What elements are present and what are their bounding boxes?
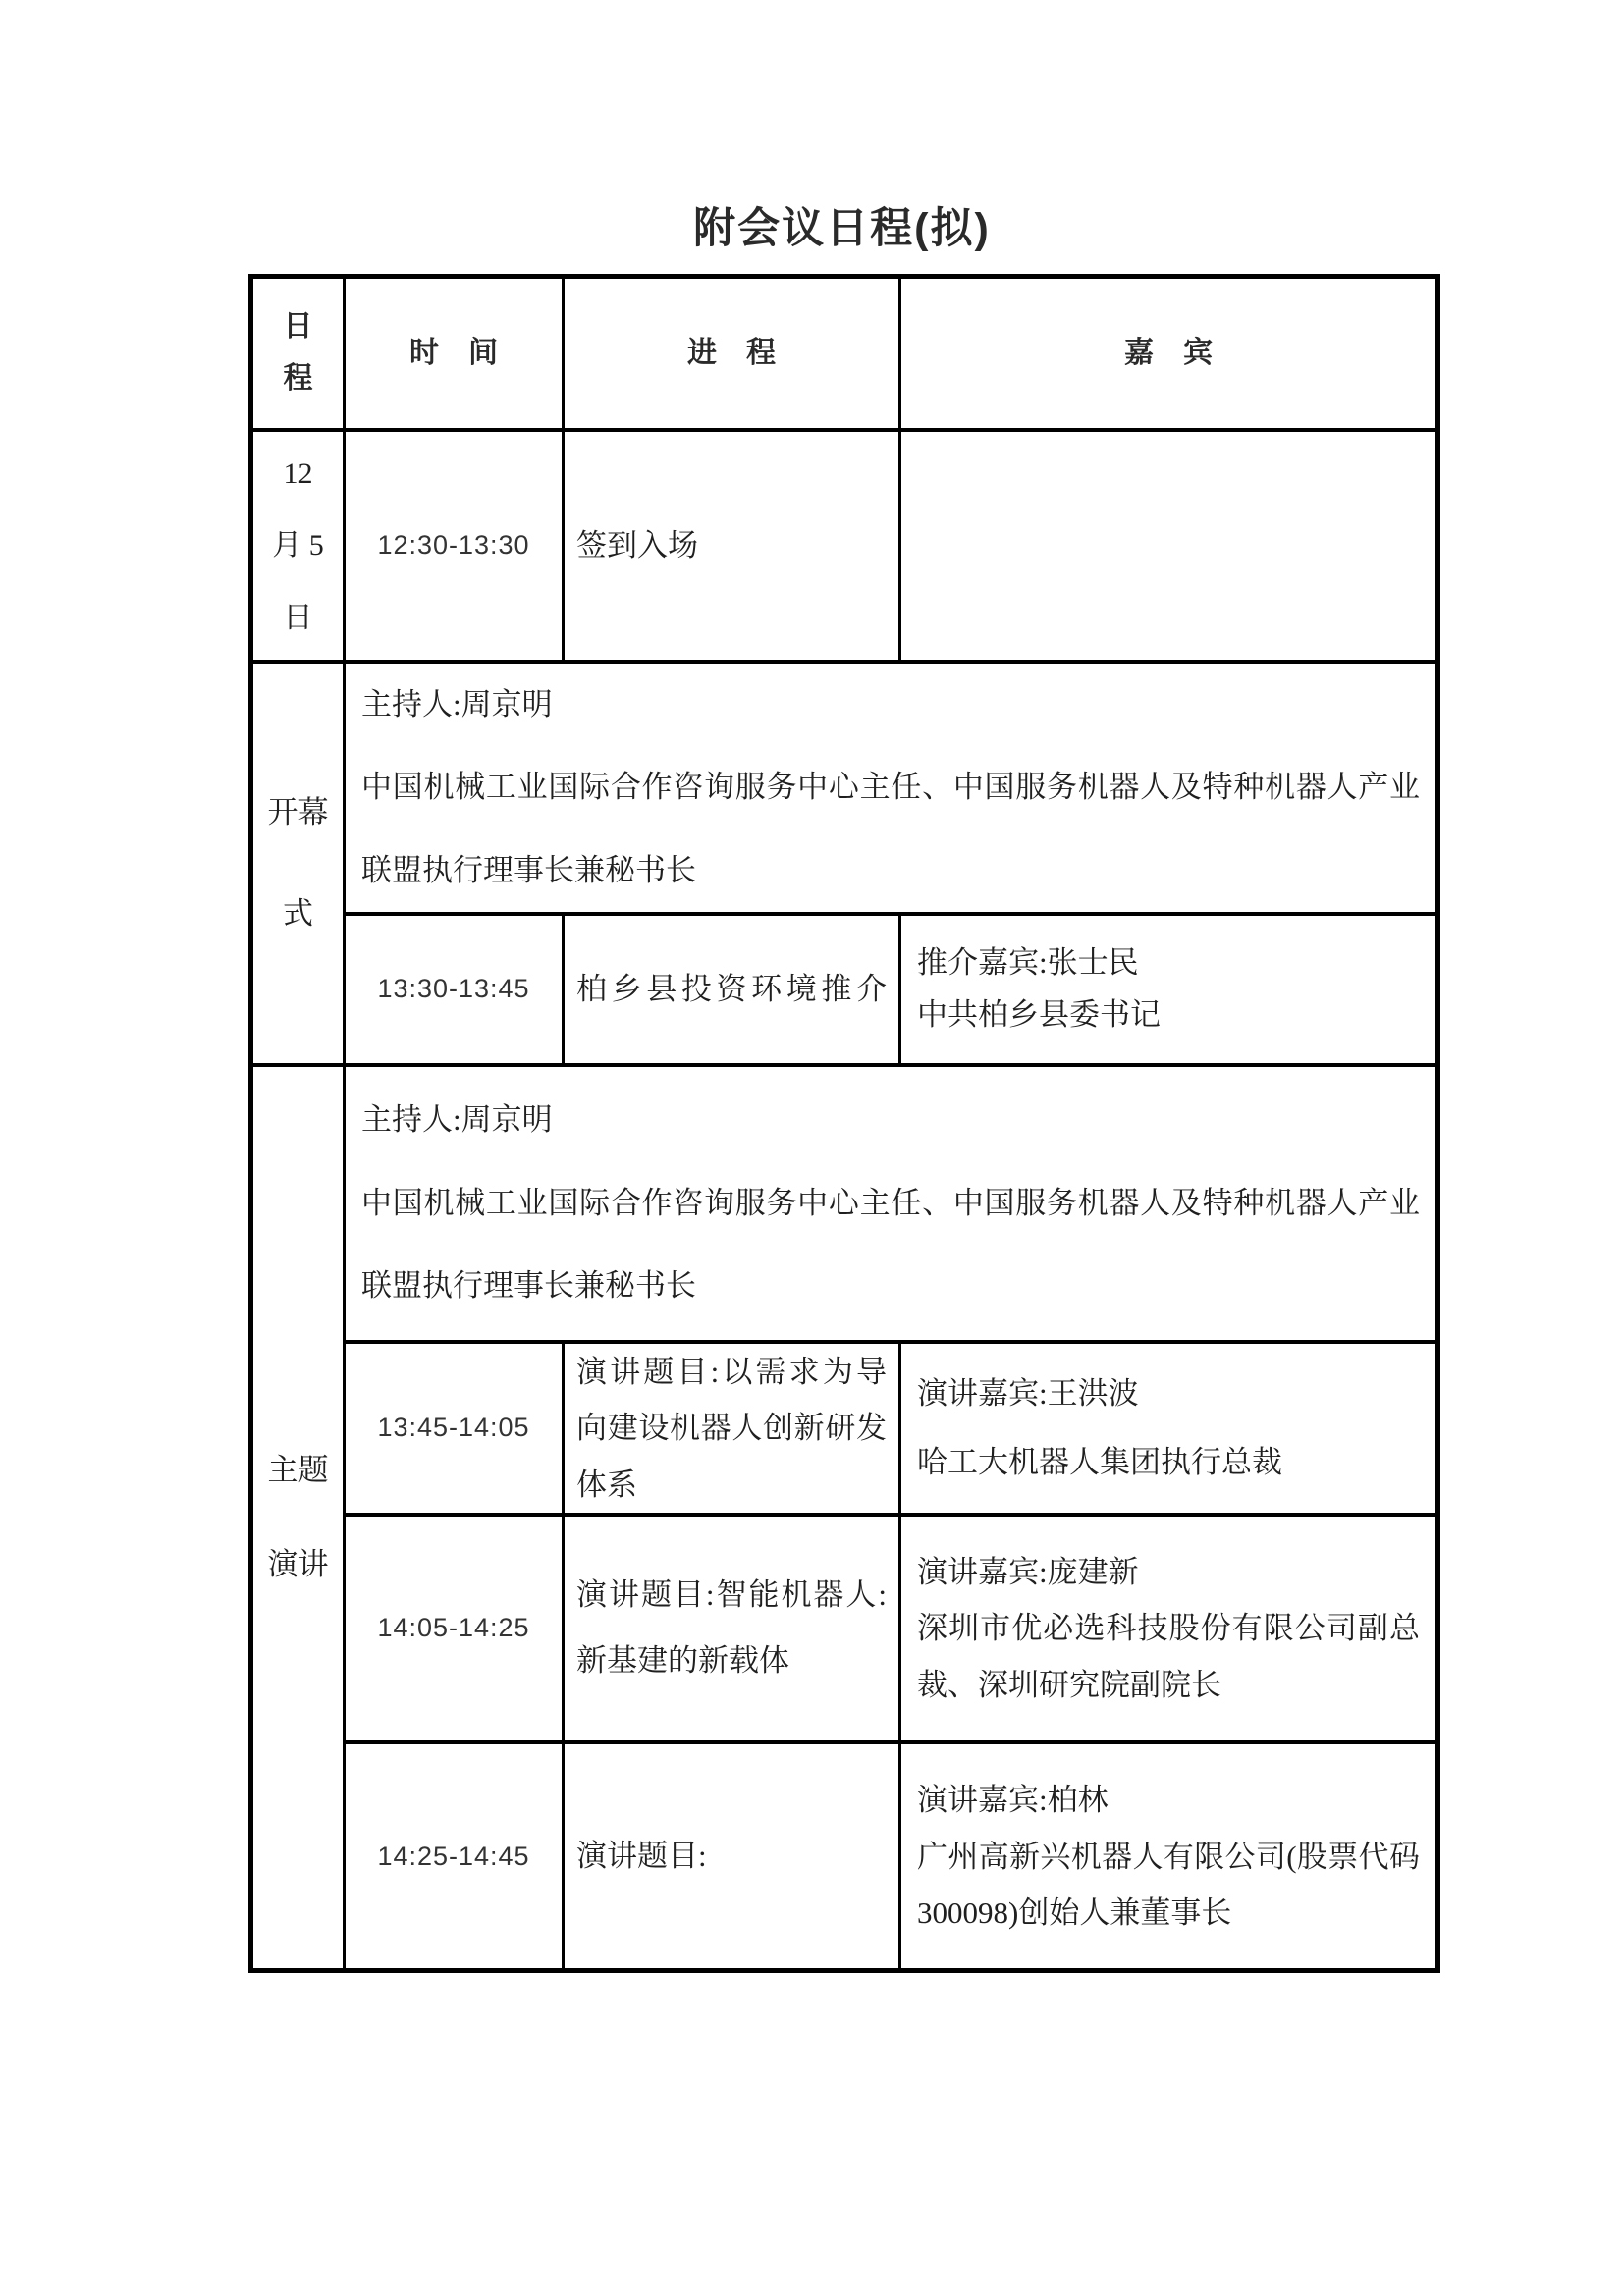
header-cell-schedule: 日 程 [251,277,345,430]
cell-section-opening: 开幕 式 [251,662,345,1065]
cell-talk2-guest: 演讲嘉宾:庞建新 深圳市优必选科技股份有限公司副总裁、深圳研究院副院长 [900,1515,1438,1742]
cell-talk1-time: 13:45-14:05 [345,1342,564,1515]
cell-talk3-time: 14:25-14:45 [345,1742,564,1971]
cell-section-keynote: 主题 演讲 [251,1065,345,1971]
row-talk-3: 14:25-14:45 演讲题目: 演讲嘉宾:柏林 广州高新兴机器人有限公司(股… [251,1742,1438,1971]
row-talk-2: 14:05-14:25 演讲题目:智能机器人:新基建的新载体 演讲嘉宾:庞建新 … [251,1515,1438,1742]
cell-talk3-process: 演讲题目: [564,1742,900,1971]
cell-keynote-host: 主持人:周京明 中国机械工业国际合作咨询服务中心主任、中国服务机器人及特种机器人… [345,1065,1438,1342]
cell-date: 12 月 5 日 [251,430,345,663]
header-row: 日 程 时 间 进 程 嘉 宾 [251,277,1438,430]
cell-promo-process: 柏乡县投资环境推介 [564,914,900,1065]
cell-talk1-process: 演讲题目:以需求为导向建设机器人创新研发体系 [564,1342,900,1515]
cell-signin-time: 12:30-13:30 [345,430,564,663]
row-signin: 12 月 5 日 12:30-13:30 签到入场 [251,430,1438,663]
cell-promo-time: 13:30-13:45 [345,914,564,1065]
agenda-table: 日 程 时 间 进 程 嘉 宾 12 月 5 日 12:30-13:30 签到入… [248,274,1440,1973]
document-page: 附会议日程(拟) 日 程 时 间 进 程 嘉 宾 12 月 5 日 12:30-… [0,0,1624,2296]
row-talk-1: 13:45-14:05 演讲题目:以需求为导向建设机器人创新研发体系 演讲嘉宾:… [251,1342,1438,1515]
cell-signin-process: 签到入场 [564,430,900,663]
row-keynote-host: 主题 演讲 主持人:周京明 中国机械工业国际合作咨询服务中心主任、中国服务机器人… [251,1065,1438,1342]
header-cell-time: 时 间 [345,277,564,430]
page-title: 附会议日程(拟) [248,208,1435,250]
cell-talk2-process: 演讲题目:智能机器人:新基建的新载体 [564,1515,900,1742]
cell-talk2-time: 14:05-14:25 [345,1515,564,1742]
cell-talk1-guest: 演讲嘉宾:王洪波 哈工大机器人集团执行总裁 [900,1342,1438,1515]
cell-signin-guest [900,430,1438,663]
cell-promo-guest: 推介嘉宾:张士民 中共柏乡县委书记 [900,914,1438,1065]
header-cell-guest: 嘉 宾 [900,277,1438,430]
row-opening-host: 开幕 式 主持人:周京明 中国机械工业国际合作咨询服务中心主任、中国服务机器人及… [251,662,1438,914]
row-promo: 13:30-13:45 柏乡县投资环境推介 推介嘉宾:张士民 中共柏乡县委书记 [251,914,1438,1065]
document-content: 附会议日程(拟) 日 程 时 间 进 程 嘉 宾 12 月 5 日 12:30-… [248,0,1435,1973]
cell-talk3-guest: 演讲嘉宾:柏林 广州高新兴机器人有限公司(股票代码 300098)创始人兼董事长 [900,1742,1438,1971]
header-cell-process: 进 程 [564,277,900,430]
cell-opening-host: 主持人:周京明 中国机械工业国际合作咨询服务中心主任、中国服务机器人及特种机器人… [345,662,1438,914]
